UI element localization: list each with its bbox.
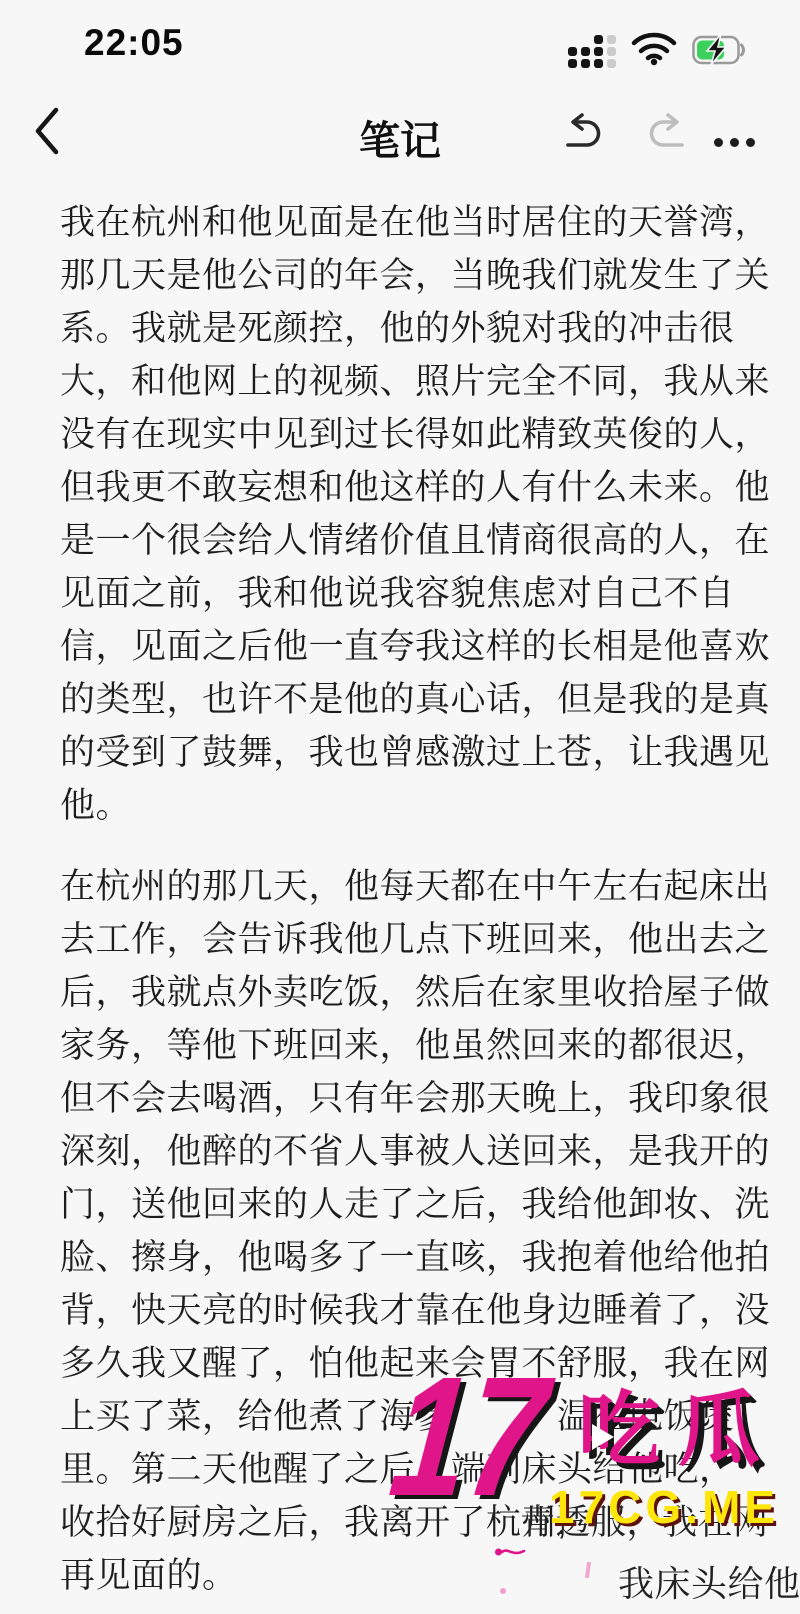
- paragraph-gap: [60, 832, 800, 860]
- undo-button[interactable]: [560, 112, 608, 157]
- note-line: 那几天是他公司的年会，当晚我们就发生了关: [60, 249, 800, 302]
- note-line: 他。: [60, 779, 800, 832]
- note-line: 系。我就是死颜控，他的外貌对我的冲击很: [60, 302, 800, 355]
- note-line: 我在杭州和他见面是在他当时居住的天誉湾，: [60, 196, 800, 249]
- nav-bar: 笔记: [0, 92, 800, 176]
- note-line: 家务，等他下班回来，他虽然回来的都很迟，: [60, 1019, 800, 1072]
- note-line: 在杭州的那几天，他每天都在中午左右起床出: [60, 860, 800, 913]
- cellular-signal-icon: [568, 32, 616, 68]
- pink-squiggle-artifact: [494, 1545, 526, 1564]
- note-line: 没有在现实中见到过长得如此精致英俊的人，: [60, 408, 800, 461]
- note-line: 见面之前，我和他说我容貌焦虑对自己不自: [60, 567, 800, 620]
- note-line: 门，送他回来的人走了之后，我给他卸妆、洗: [60, 1178, 800, 1231]
- status-bar: 22:05: [0, 0, 800, 92]
- wifi-icon: [631, 30, 677, 71]
- note-line: 是一个很会给人情绪价值且情商很高的人，在: [60, 514, 800, 567]
- note-line: 的受到了鼓舞，我也曾感激过上苍，让我遇见: [60, 726, 800, 779]
- ghost-text-fragment: 我床头给他吃: [618, 1557, 800, 1610]
- note-line: 但不会去喝酒，只有年会那天晚上，我印象很: [60, 1072, 800, 1125]
- more-options-button[interactable]: [714, 132, 755, 153]
- note-line: 背，快天亮的时候我才靠在他身边睡着了，没: [60, 1284, 800, 1337]
- note-line: 深刻，他醉的不省人事被人送回来，是我开的: [60, 1125, 800, 1178]
- note-line: 信，见面之后他一直夸我这样的长相是他喜欢: [60, 620, 800, 673]
- undo-icon: [560, 139, 608, 156]
- note-line: 脸、擦身，他喝多了一直咳，我抱着他给他拍: [60, 1231, 800, 1284]
- play-triangle-icon: [592, 1424, 614, 1450]
- note-line: 后，我就点外卖吃饭，然后在家里收拾屋子做: [60, 966, 800, 1019]
- watermark-17-number: 17: [384, 1352, 553, 1522]
- note-line: 去工作，会告诉我他几点下班回来，他出去之: [60, 913, 800, 966]
- pink-dot-artifact: [500, 1588, 506, 1594]
- watermark-site-url: 17CG.ME: [549, 1480, 779, 1534]
- note-line: 大，和他网上的视频、照片完全不同，我从来: [60, 355, 800, 408]
- redo-button[interactable]: [642, 112, 690, 157]
- note-line: 但我更不敢妄想和他这样的人有什么未来。他: [60, 461, 800, 514]
- redo-icon: [642, 139, 690, 156]
- ellipsis-icon: [714, 138, 723, 147]
- status-time: 22:05: [84, 22, 184, 64]
- battery-charging-icon: [692, 34, 750, 66]
- status-icons: [568, 30, 750, 70]
- note-line: 的类型，也许不是他的真心话，但是我的是真: [60, 673, 800, 726]
- screenshot-root: { "status_bar": { "time": "22:05", "batt…: [0, 0, 800, 1614]
